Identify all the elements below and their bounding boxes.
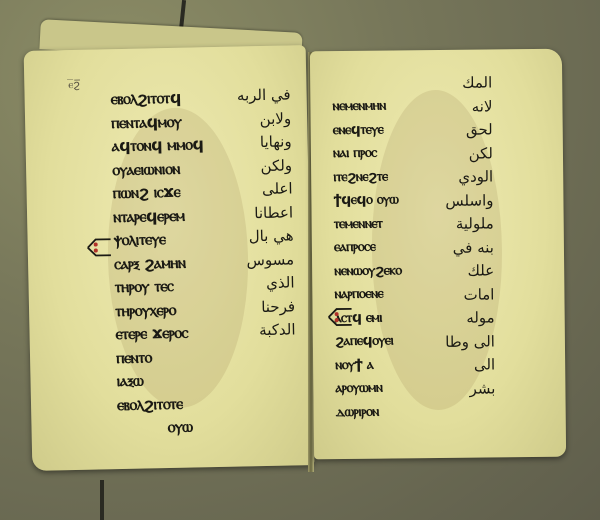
text-line: اعطانا — [223, 201, 293, 226]
text-line: ⲛⲧⲁⲣⲉϥⲉⲣⲉⲙ — [113, 203, 205, 228]
text-line: ⲉⲁⲡⲣⲟⲥⲉ — [334, 235, 402, 259]
text-line: بشر — [433, 377, 495, 401]
right-page: ⲛⲉⲙⲉⲛⲙⲏⲛ ⲉⲛⲉϥⲧⲉⲩⲉ ⲛⲁⲓ ⲡⲣⲟⲥ ⲓⲧⲉϩⲛⲉϩⲧⲉ ϯϥⲉ… — [310, 49, 566, 460]
text-line: ⲁϥⲧⲟⲛϥ ⲙⲙⲟϥ — [111, 132, 203, 157]
text-line: ϩⲁⲡⲉϥⲟⲩⲉⲓ — [335, 329, 403, 353]
text-line: ⲓⲁⲝⲱ — [116, 367, 208, 392]
right-arabic-column: المك لانه لحق لكن الودي واسلس ملولية بنه… — [430, 71, 495, 401]
left-arabic-column: في الربه ولابن ونهايا ولكن اعلى اعطانا ه… — [220, 83, 295, 343]
text-line: لانه — [430, 95, 492, 119]
text-line: واسلس — [431, 189, 493, 213]
text-line: ونهايا — [221, 130, 291, 155]
text-line: الى — [433, 353, 495, 377]
text-line: ⲛⲁⲣⲡⲟⲉⲛⲉ — [334, 282, 402, 306]
text-line: ⲟⲩⲱ — [117, 414, 209, 439]
text-line: ⲧⲏⲣⲟⲩ ⲧⲉⲥ — [114, 273, 206, 298]
text-line: فرحنا — [225, 295, 295, 320]
page-number: ⲉ̅ϩ̅ — [68, 78, 80, 92]
text-line: ⲧⲏⲣⲟⲩⲭⲉⲣⲟ — [115, 297, 207, 322]
text-line: ϯϥⲉϥⲟ ⲟⲩⲱ — [333, 188, 401, 212]
text-line: لحق — [431, 118, 493, 142]
text-line: ⲛⲟⲩϯ ⲁ — [335, 353, 403, 377]
text-line: ⲛⲁⲓ ⲡⲣⲟⲥ — [333, 141, 401, 165]
rubric-marker-icon — [327, 307, 353, 327]
text-line: بنه في — [432, 236, 494, 260]
surface-edge-bottom — [100, 480, 104, 520]
text-line: ⲥⲁⲣⲝ ϩⲁⲙⲏⲛ — [114, 250, 206, 275]
text-line: ⲉⲃⲟⲗϩⲓⲧⲟⲧϥ — [110, 85, 202, 110]
text-line: ⲟⲩⲁⲉⲓⲱⲛⲓⲟⲛ — [112, 156, 204, 181]
text-line: ⲉⲧⲉⲣⲉ ϫⲉⲣⲟⲥ — [115, 320, 207, 345]
text-line: ⲓⲧⲉϩⲛⲉϩⲧⲉ — [333, 165, 401, 189]
left-page: ⲉ̅ϩ̅ ⲉⲃⲟⲗϩⲓⲧⲟⲧϥ ⲡⲉⲛⲧⲁϥⲙⲟⲩ ⲁϥⲧⲟⲛϥ ⲙⲙⲟϥ ⲟⲩ… — [24, 45, 315, 471]
text-line: المك — [430, 71, 492, 95]
text-line: ⲛⲉⲛⲱⲟⲩϩⲉⲕⲟ — [334, 259, 402, 283]
rubric-marker-icon — [86, 237, 112, 258]
text-line: ⲡⲱⲛϩ ⲓⲥϫⲉ — [112, 179, 204, 204]
text-line: الدكبة — [225, 318, 295, 343]
text-line: ⲉⲛⲉϥⲧⲉⲩⲉ — [333, 118, 401, 142]
text-line: الى وطا — [433, 330, 495, 354]
text-line: امات — [432, 283, 494, 307]
text-line: ملولية — [432, 212, 494, 236]
text-line: ⲉⲃⲟⲗϩⲓⲧⲟⲧⲉ — [117, 391, 209, 416]
text-line: ⲧⲉⲙⲉⲛⲛⲉⲧ — [334, 212, 402, 236]
text-line: ⲁⲣⲟⲩⲱⲙⲛ — [335, 376, 403, 400]
text-line: مسوس — [224, 248, 294, 273]
text-line: الودي — [431, 165, 493, 189]
text-line: ⲡⲉⲛⲧⲟ — [116, 344, 208, 369]
right-coptic-column: ⲛⲉⲙⲉⲛⲙⲏⲛ ⲉⲛⲉϥⲧⲉⲩⲉ ⲛⲁⲓ ⲡⲣⲟⲥ ⲓⲧⲉϩⲛⲉϩⲧⲉ ϯϥⲉ… — [332, 94, 403, 424]
text-line: ولكن — [222, 154, 292, 179]
text-line: ⲛⲉⲙⲉⲛⲙⲏⲛ — [332, 94, 400, 118]
text-line: علك — [432, 259, 494, 283]
text-line: موله — [433, 306, 495, 330]
text-line: هي بال — [223, 224, 293, 249]
left-coptic-column: ⲉⲃⲟⲗϩⲓⲧⲟⲧϥ ⲡⲉⲛⲧⲁϥⲙⲟⲩ ⲁϥⲧⲟⲛϥ ⲙⲙⲟϥ ⲟⲩⲁⲉⲓⲱⲛ… — [110, 85, 209, 439]
text-line: ⲇⲱⲣⲓⲣⲟⲛ — [336, 400, 404, 424]
text-line: ⲡⲉⲛⲧⲁϥⲙⲟⲩ — [111, 109, 203, 134]
text-line: ولابن — [221, 107, 291, 132]
text-line: لكن — [431, 142, 493, 166]
text-line: في الربه — [220, 83, 290, 108]
text-line: اعلى — [222, 177, 292, 202]
text-line: ⲯⲟⲗⲓⲧⲉⲩⲉ — [113, 226, 205, 251]
text-line: الذي — [224, 271, 294, 296]
